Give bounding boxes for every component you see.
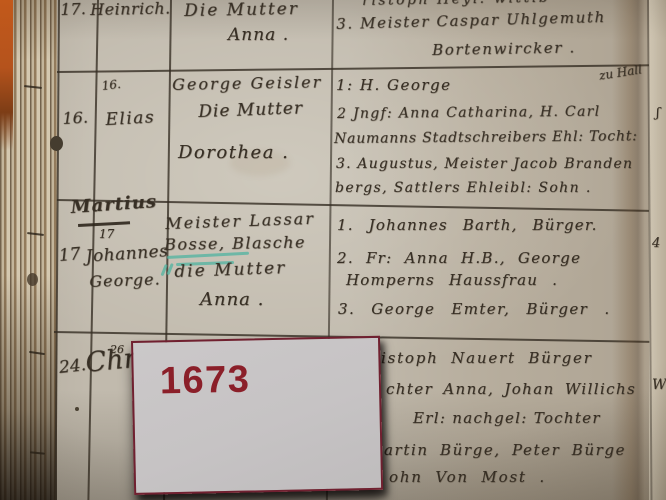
row4-name-flourish: Chr	[84, 343, 138, 379]
row4-entry-number: 24.	[58, 355, 87, 378]
year-overlay-box: 1673	[131, 336, 383, 495]
row1-mother-line2: Anna .	[228, 25, 289, 45]
ink-stain	[75, 407, 79, 411]
month-underline	[78, 221, 130, 226]
row1-entry-number: 17.	[60, 0, 86, 19]
margin-mark: 4	[652, 236, 660, 251]
row1-witness-line3: Bortenwircker .	[432, 38, 576, 59]
ink-stain	[50, 136, 63, 151]
row1-witness-line2: 3. Meister Caspar Uhlgemuth	[336, 8, 606, 33]
row2-child-name: Elias	[105, 107, 156, 130]
row3-parent-line4: Anna .	[200, 289, 264, 310]
row4-witness-line5: ohn Von Most .	[389, 468, 546, 486]
margin-mark: W	[652, 377, 666, 393]
row2-parent-line1: George Geisler	[172, 72, 322, 94]
row1-child-name: Heinrich.	[90, 0, 171, 19]
row3-month-day: 17	[99, 227, 114, 241]
row3-witness-line4: 3. George Emter, Bürger .	[338, 300, 611, 318]
row3-witness-line2: 2. Fr: Anna H.B., George	[337, 249, 581, 267]
row3-entry-number: 17	[58, 244, 81, 266]
row3-child-name1: Johannes	[85, 241, 169, 267]
row2-day: 16.	[101, 77, 121, 93]
grid-hline-row1	[57, 64, 649, 72]
row4-witness-line3: Erl: nachgel: Tochter	[413, 409, 601, 427]
row2-witness-line5: bergs, Sattlers Ehleibl: Sohn .	[335, 180, 592, 196]
row3-parent-line1: Meister Lassar	[165, 209, 315, 233]
row2-witness-line3: Naumanns Stadtschreibers Ehl: Tocht:	[334, 128, 638, 147]
row1-mother-line1: Die Mutter	[184, 0, 299, 21]
row2-entry-number: 16.	[62, 108, 88, 128]
row4-witness-line2: chter Anna, Johan Willichs	[386, 380, 636, 398]
row3-month-header: Martius	[70, 191, 158, 218]
row3-child-name2: George.	[89, 270, 161, 291]
ink-stain	[27, 273, 38, 286]
row2-witness-line1: 1: H. George	[336, 76, 452, 94]
row3-witness-line1: 1. Johannes Barth, Bürger.	[337, 216, 598, 234]
row4-witness-line1: istoph Nauert Bürger	[381, 349, 593, 367]
register-photo: 17. Heinrich. Die Mutter Anna . ristoph …	[0, 0, 666, 500]
row2-witness-line4: 3. Augustus, Meister Jacob Branden	[336, 156, 633, 172]
row3-parent-line2: Bosse, Blasche	[164, 233, 306, 254]
row2-witness-line2: 2 Jngf: Anna Catharina, H. Carl	[337, 104, 600, 122]
year-label: 1673	[159, 359, 250, 404]
leather-cover-corner	[0, 0, 13, 150]
margin-mark: ʃ	[656, 106, 660, 121]
row2-parent-line3: Dorothea .	[178, 142, 289, 163]
row1-witness-line1: ristoph Heyl: wittib	[362, 0, 550, 9]
row3-parent-line3: die Mutter	[174, 258, 287, 282]
row4-witness-line4: artin Bürge, Peter Bürge	[384, 441, 626, 459]
row2-parent-line2: Die Mutter	[198, 98, 303, 122]
row3-witness-line3: Homperns Haussfrau .	[346, 271, 558, 289]
